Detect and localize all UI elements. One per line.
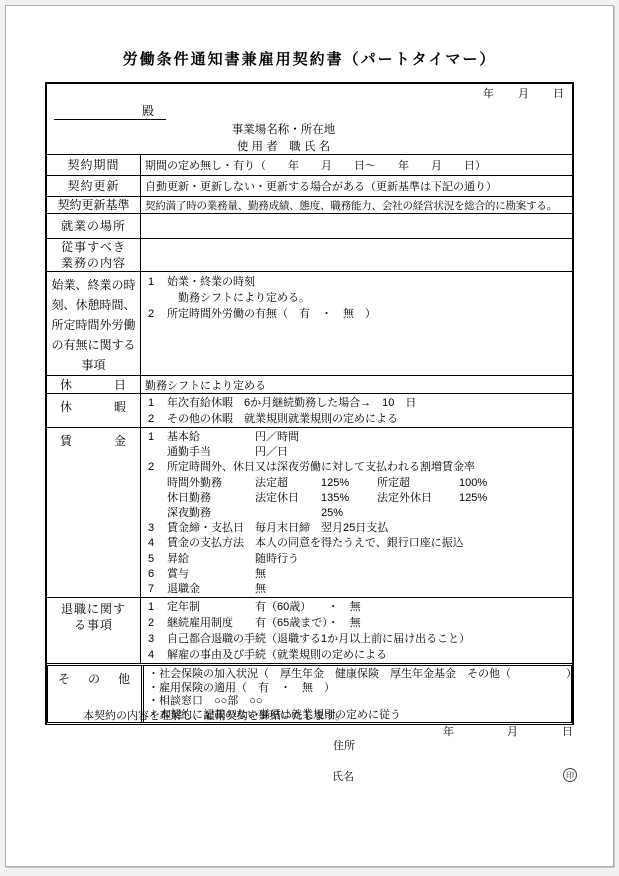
name-label: 氏名 [332,768,354,784]
addressee-blank-underline: 殿 [54,104,166,120]
row-holidays: 休 日 勤務シフトにより定める [47,375,572,393]
footer-date-day: 日 [562,723,573,739]
row-retirement: 退職に関す る事項 1定年制有（60歳） ・ 無 2継続雇用制度有（65歳まで）… [47,597,572,663]
addressee-suffix: 殿 [142,104,154,118]
header-date-line: 年 月 日 [47,84,572,101]
address-label: 住所 [333,737,355,753]
row-contract-period: 契約期間 期間の定め無し・有り（ 年 月 日～ 年 月 日） [47,154,572,175]
footer-date-year: 年 [443,723,454,739]
seal-mark-icon: 印 [563,768,577,782]
row-value [141,239,572,271]
row-label: 契約更新 [47,176,141,196]
row-value: 勤務シフトにより定める [141,376,572,393]
page-title: 労働条件通知書兼雇用契約書（パートタイマー） [6,48,613,69]
header-date-month: 月 [518,88,529,101]
contract-table: 年 月 日 殿 事業場名称・所在地 使 用 者 職 氏 名 契約期間 期間の定め… [45,82,574,725]
row-value: 自動更新・更新しない・更新する場合がある（更新基準は下記の通り） [141,176,572,196]
table-header-row: 年 月 日 殿 事業場名称・所在地 使 用 者 職 氏 名 [47,84,572,154]
row-value: 1年次有給休暇 6か月継続勤務した場合→ 10 日 2その他の休暇 就業規則就業… [141,394,572,427]
row-value: 1基本給円／時間 通勤手当円／日 2所定時間外、休日又は深夜労働に対して支払われ… [141,428,572,597]
row-label: 休 暇 [47,394,141,427]
row-leave: 休 暇 1年次有給休暇 6か月継続勤務した場合→ 10 日 2その他の休暇 就業… [47,393,572,427]
row-label: 始業、終業の時 刻、休憩時間、 所定時間外労働 の有無に関する 事項 [47,272,141,375]
row-work-hours: 始業、終業の時 刻、休憩時間、 所定時間外労働 の有無に関する 事項 1始業・終… [47,271,572,375]
employer-name-line: 使 用 者 職 氏 名 [47,140,572,154]
row-label: 契約期間 [47,155,141,175]
row-renewal-criteria: 契約更新基準 契約満了時の業務量、勤務成績、態度、職務能力、会社の経営状況を総合… [47,196,572,213]
addressee-line: 殿 [47,104,572,120]
row-work-location: 就業の場所 [47,213,572,238]
row-value: 1始業・終業の時刻 勤務シフトにより定める。 2所定時間外労働の有無（ 有 ・ … [141,272,572,375]
row-label: 契約更新基準 [47,197,141,213]
row-value: 1定年制有（60歳） ・ 無 2継続雇用制度有（65歳まで）・ 無 3自己都合退… [141,598,572,663]
header-date-day: 日 [553,88,564,101]
row-value: 期間の定め無し・有り（ 年 月 日～ 年 月 日） [141,155,572,175]
header-cell: 年 月 日 殿 事業場名称・所在地 使 用 者 職 氏 名 [47,84,572,154]
screenshot-root: { "title": "労働条件通知書兼雇用契約書（パートタイマー）", "he… [0,0,619,876]
row-label: 休 日 [47,376,141,393]
business-name-line: 事業場名称・所在地 [47,123,572,137]
agreement-statement: 本契約の内容を理解し、雇用契約を締結いたします。 [83,707,346,723]
document-page: 労働条件通知書兼雇用契約書（パートタイマー） 年 月 日 殿 事業場名称・所在地… [5,5,614,867]
row-label: 退職に関す る事項 [47,598,141,663]
row-value [141,214,572,238]
row-label: 就業の場所 [47,214,141,238]
row-value: 契約満了時の業務量、勤務成績、態度、職務能力、会社の経営状況を総合的に勘案する。 [141,197,572,213]
row-label: 従事すべき 業務の内容 [47,239,141,271]
row-job-description: 従事すべき 業務の内容 [47,238,572,271]
row-contract-renewal: 契約更新 自動更新・更新しない・更新する場合がある（更新基準は下記の通り） [47,175,572,196]
header-date-year: 年 [483,88,494,101]
row-wages: 賃 金 1基本給円／時間 通勤手当円／日 2所定時間外、休日又は深夜労働に対して… [47,427,572,597]
footer-date-month: 月 [507,723,518,739]
row-label: 賃 金 [47,428,141,597]
